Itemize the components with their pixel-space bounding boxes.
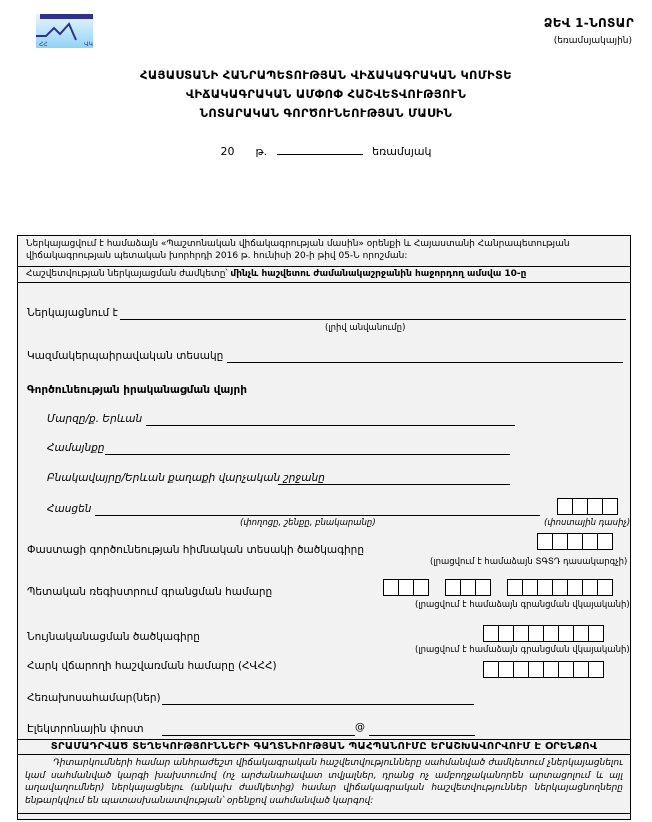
legal-form-label: Կազմակերպաիրավական տեսակը — [27, 350, 223, 362]
activity-code-boxes[interactable] — [537, 533, 613, 550]
registry-digit[interactable] — [413, 579, 429, 596]
tax-digit[interactable] — [573, 661, 589, 678]
registry-digit[interactable] — [507, 579, 523, 596]
phone-label: Հեռախոսահամար(ներ) — [27, 692, 161, 704]
registry-group-2[interactable] — [445, 579, 491, 596]
presenter-label: Ներկայացնում է — [27, 307, 118, 319]
tax-number-label: Հարկ վճարողի հաշվառման համարը (ՀՎՀՀ) — [27, 660, 277, 672]
marz-input[interactable] — [146, 424, 515, 426]
registry-digit[interactable] — [522, 579, 538, 596]
state-registry-label: Պետական ռեգիստրում գրանցման համարը — [27, 586, 272, 598]
postal-hint: (փոստային դասիչ) — [544, 518, 630, 528]
email-label: Էլեկտրոնային փոստ — [27, 723, 144, 735]
title-line-1: ՀԱՅԱՍՏԱՆԻ ՀԱՆՐԱՊԵՏՈՒԹՅԱՆ ՎԻՃԱԿԱԳՐԱԿԱՆ ԿՈ… — [0, 68, 652, 82]
tax-digit[interactable] — [543, 661, 559, 678]
confidentiality-notice: ՏՐԱՄԱԴՐՎԱԾ ՏԵՂԵԿՈՒԹՅՈՒՆՆԵՐԻ ԳԱՂՏՆԻՈՒԹՅԱՆ… — [17, 739, 631, 755]
settlement-input[interactable] — [278, 483, 510, 485]
registry-digit[interactable] — [567, 579, 583, 596]
activity-digit[interactable] — [582, 533, 598, 550]
registry-digit[interactable] — [597, 579, 613, 596]
identifier-hint: (լրացվում է համաձայն գրանցման վկայականի) — [415, 645, 630, 655]
email-at-sign: @ — [355, 722, 365, 733]
email-domain-input[interactable] — [369, 734, 475, 736]
postal-digit[interactable] — [587, 498, 603, 515]
armstat-logo: ՀՀ ՎԿ — [36, 14, 93, 48]
registry-digit[interactable] — [398, 579, 414, 596]
activity-digit[interactable] — [537, 533, 553, 550]
community-label: Համայնքը — [47, 442, 105, 454]
registry-group-1[interactable] — [383, 579, 429, 596]
address-label: Հասցեն — [47, 503, 91, 515]
postal-digit[interactable] — [602, 498, 618, 515]
year-suffix: թ. — [255, 145, 267, 158]
identifier-digit[interactable] — [588, 625, 604, 642]
svg-text:ՎԿ: ՎԿ — [84, 41, 93, 48]
quarter-label: եռամսյակ — [372, 145, 431, 158]
legal-basis: Ներկայացվում է համաձայն «Պաշտոնական վիճա… — [17, 235, 631, 267]
activity-digit[interactable] — [567, 533, 583, 550]
phone-input[interactable] — [162, 703, 474, 705]
title-line-2: ՎԻՃԱԿԱԳՐԱԿԱՆ ԱՄՓՈՓ ՀԱՇՎԵՏՎՈՒԹՅՈՒՆ — [0, 87, 652, 101]
form-period: (եռամսյակային) — [554, 36, 632, 46]
registry-digit[interactable] — [445, 579, 461, 596]
identifier-digit[interactable] — [528, 625, 544, 642]
email-user-input[interactable] — [162, 734, 355, 736]
form-code: ՁԵՎ 1-ՆՈՏԱՐ — [544, 16, 634, 30]
registry-digit[interactable] — [552, 579, 568, 596]
quarter-input[interactable] — [277, 144, 363, 155]
liability-text: Դիտարկումների համար անհրաժեշտ վիճակագրակ… — [25, 758, 623, 806]
presenter-hint: (լրիվ անվանումը) — [325, 323, 405, 333]
registry-group-3[interactable] — [507, 579, 613, 596]
identifier-digit[interactable] — [483, 625, 499, 642]
address-input[interactable] — [95, 514, 540, 516]
tax-digit[interactable] — [483, 661, 499, 678]
deadline-value: մինչև հաշվետու ժամանակաշրջանին հաջորդող … — [230, 269, 526, 279]
identifier-digit[interactable] — [498, 625, 514, 642]
tax-digit[interactable] — [528, 661, 544, 678]
submission-deadline: Հաշվետվության ներկայացման ժամկետը՝ մինչև… — [17, 266, 631, 283]
activity-code-label: Փաստացի գործունեության հիմնական տեսակի ծ… — [27, 544, 364, 556]
identifier-boxes[interactable] — [483, 625, 604, 642]
tax-digit[interactable] — [498, 661, 514, 678]
svg-text:ՀՀ: ՀՀ — [39, 41, 48, 48]
tax-digit[interactable] — [558, 661, 574, 678]
identifier-label: Նույնականացման ծածկագիրը — [27, 631, 200, 643]
community-input[interactable] — [105, 453, 510, 455]
tax-number-boxes[interactable] — [483, 661, 604, 678]
activity-digit[interactable] — [552, 533, 568, 550]
title-line-3: ՆՈՏԱՐԱԿԱՆ ԳՈՐԾՈՒՆԵՈՒԹՅԱՆ ՄԱՍԻՆ — [0, 106, 652, 120]
registry-digit[interactable] — [475, 579, 491, 596]
identifier-digit[interactable] — [558, 625, 574, 642]
address-hint: (փողոցը, շենքը, բնակարանը) — [240, 518, 376, 528]
registry-digit[interactable] — [383, 579, 399, 596]
postal-digit[interactable] — [572, 498, 588, 515]
identifier-digit[interactable] — [543, 625, 559, 642]
liability-footnote: Դիտարկումների համար անհրաժեշտ վիճակագրակ… — [17, 754, 631, 814]
registry-digit[interactable] — [460, 579, 476, 596]
activity-digit[interactable] — [597, 533, 613, 550]
tax-digit[interactable] — [513, 661, 529, 678]
year-prefix: 20 — [220, 145, 234, 158]
identifier-digit[interactable] — [573, 625, 589, 642]
registry-digit[interactable] — [582, 579, 598, 596]
reporting-period: 20 թ. եռամսյակ — [0, 144, 652, 158]
identifier-digit[interactable] — [513, 625, 529, 642]
registry-digit[interactable] — [537, 579, 553, 596]
legal-form-input[interactable] — [227, 361, 623, 363]
activity-code-hint: (լրացվում է համաձայն ՏԳՏԴ դասակարգչի) — [430, 557, 627, 567]
state-registry-hint: (լրացվում է համաձայն գրանցման վկայականի) — [415, 600, 630, 610]
postal-digit[interactable] — [557, 498, 573, 515]
location-heading: Գործունեության իրականացման վայրի — [27, 384, 247, 396]
postal-code-boxes[interactable] — [557, 498, 618, 515]
tax-digit[interactable] — [588, 661, 604, 678]
deadline-label: Հաշվետվության ներկայացման ժամկետը՝ — [26, 269, 230, 279]
marz-label: Մարզը/ք. Երևան — [47, 413, 142, 425]
presenter-input[interactable] — [120, 318, 626, 320]
